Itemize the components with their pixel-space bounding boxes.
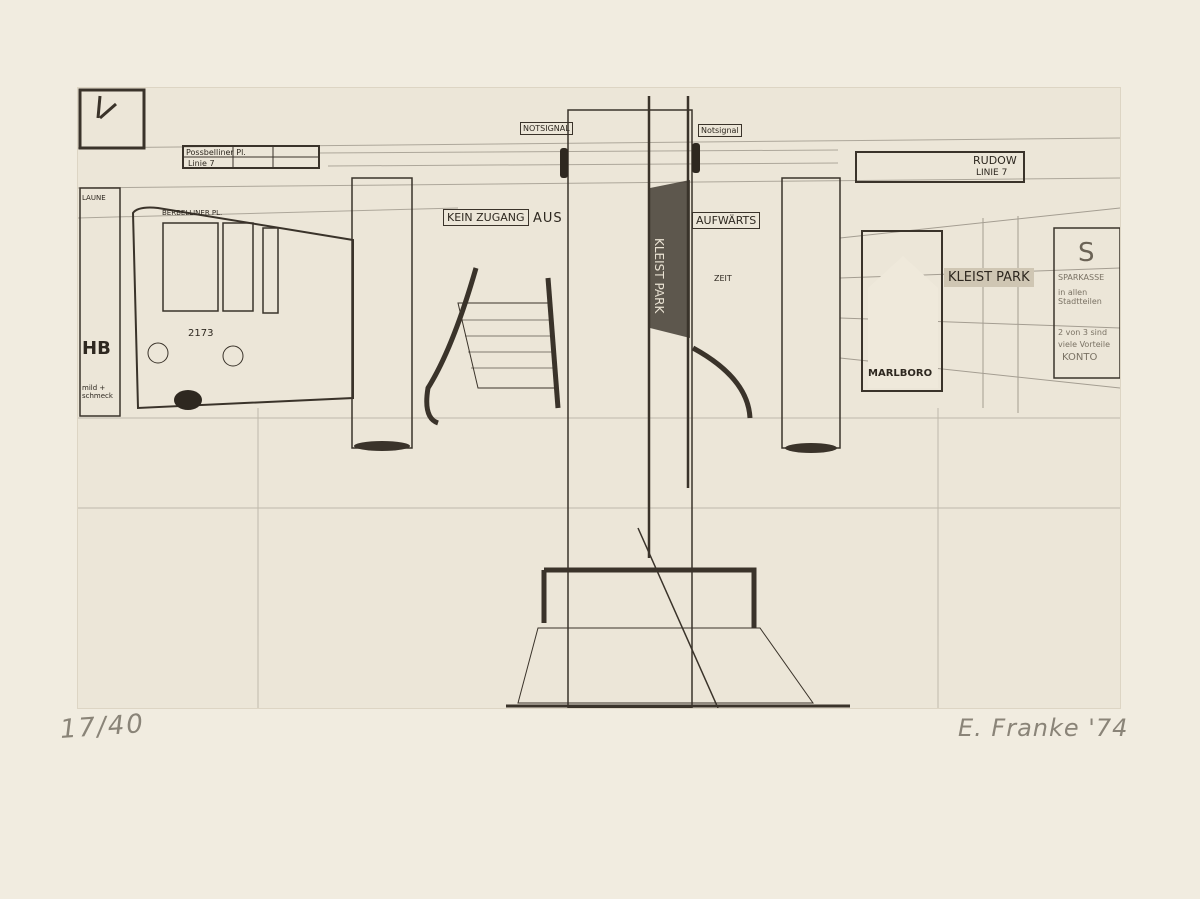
poster-left-brand: HB — [82, 338, 111, 359]
poster-sparkasse-line-4: KONTO — [1062, 352, 1097, 363]
poster-sparkasse-line-3: viele Vorteile — [1058, 340, 1110, 349]
poster-sparkasse-line-1: in allen Stadtteilen — [1058, 288, 1118, 306]
poster-sparkasse-line-2: 2 von 3 sind — [1058, 328, 1107, 337]
station-name-wall-sign: KLEIST PARK — [944, 268, 1034, 287]
time-sign: ZEIT — [714, 274, 732, 283]
destination-sign-right-line: LINIE 7 — [976, 168, 1007, 178]
no-entry-sign: KEIN ZUGANG — [443, 209, 529, 226]
clock-icon — [80, 90, 144, 148]
exit-sign: AUS — [533, 211, 563, 226]
destination-sign-left-line: Linie 7 — [188, 159, 215, 168]
emergency-signal-sign-right: Notsignal — [698, 124, 742, 137]
upwards-sign: AUFWÄRTS — [692, 212, 760, 229]
artist-signature: E. Franke '74 — [958, 714, 1128, 742]
station-name-pillar-sign: KLEIST PARK — [652, 238, 666, 313]
train-destination-sign: BERBELLINER PL. — [162, 209, 222, 217]
destination-sign-left-station: Possbelliner Pl. — [186, 148, 246, 157]
poster-left-line-1: LAUNE — [82, 194, 106, 202]
poster-marlboro-brand: MARLBORO — [868, 368, 932, 379]
sparkasse-logo: S — [1078, 238, 1095, 268]
station-drawing — [78, 88, 1120, 708]
poster-sparkasse-brand: SPARKASSE — [1058, 273, 1104, 282]
edition-number: 17/40 — [59, 709, 146, 745]
train-number: 2173 — [188, 328, 213, 339]
destination-sign-right-station: RUDOW — [973, 154, 1017, 167]
etching-plate: Possbelliner Pl. Linie 7 RUDOW LINIE 7 B… — [78, 88, 1120, 708]
poster-left-line-2: mild + schmeck — [82, 384, 118, 400]
emergency-signal-sign-left: NOTSIGNAL — [520, 122, 573, 135]
